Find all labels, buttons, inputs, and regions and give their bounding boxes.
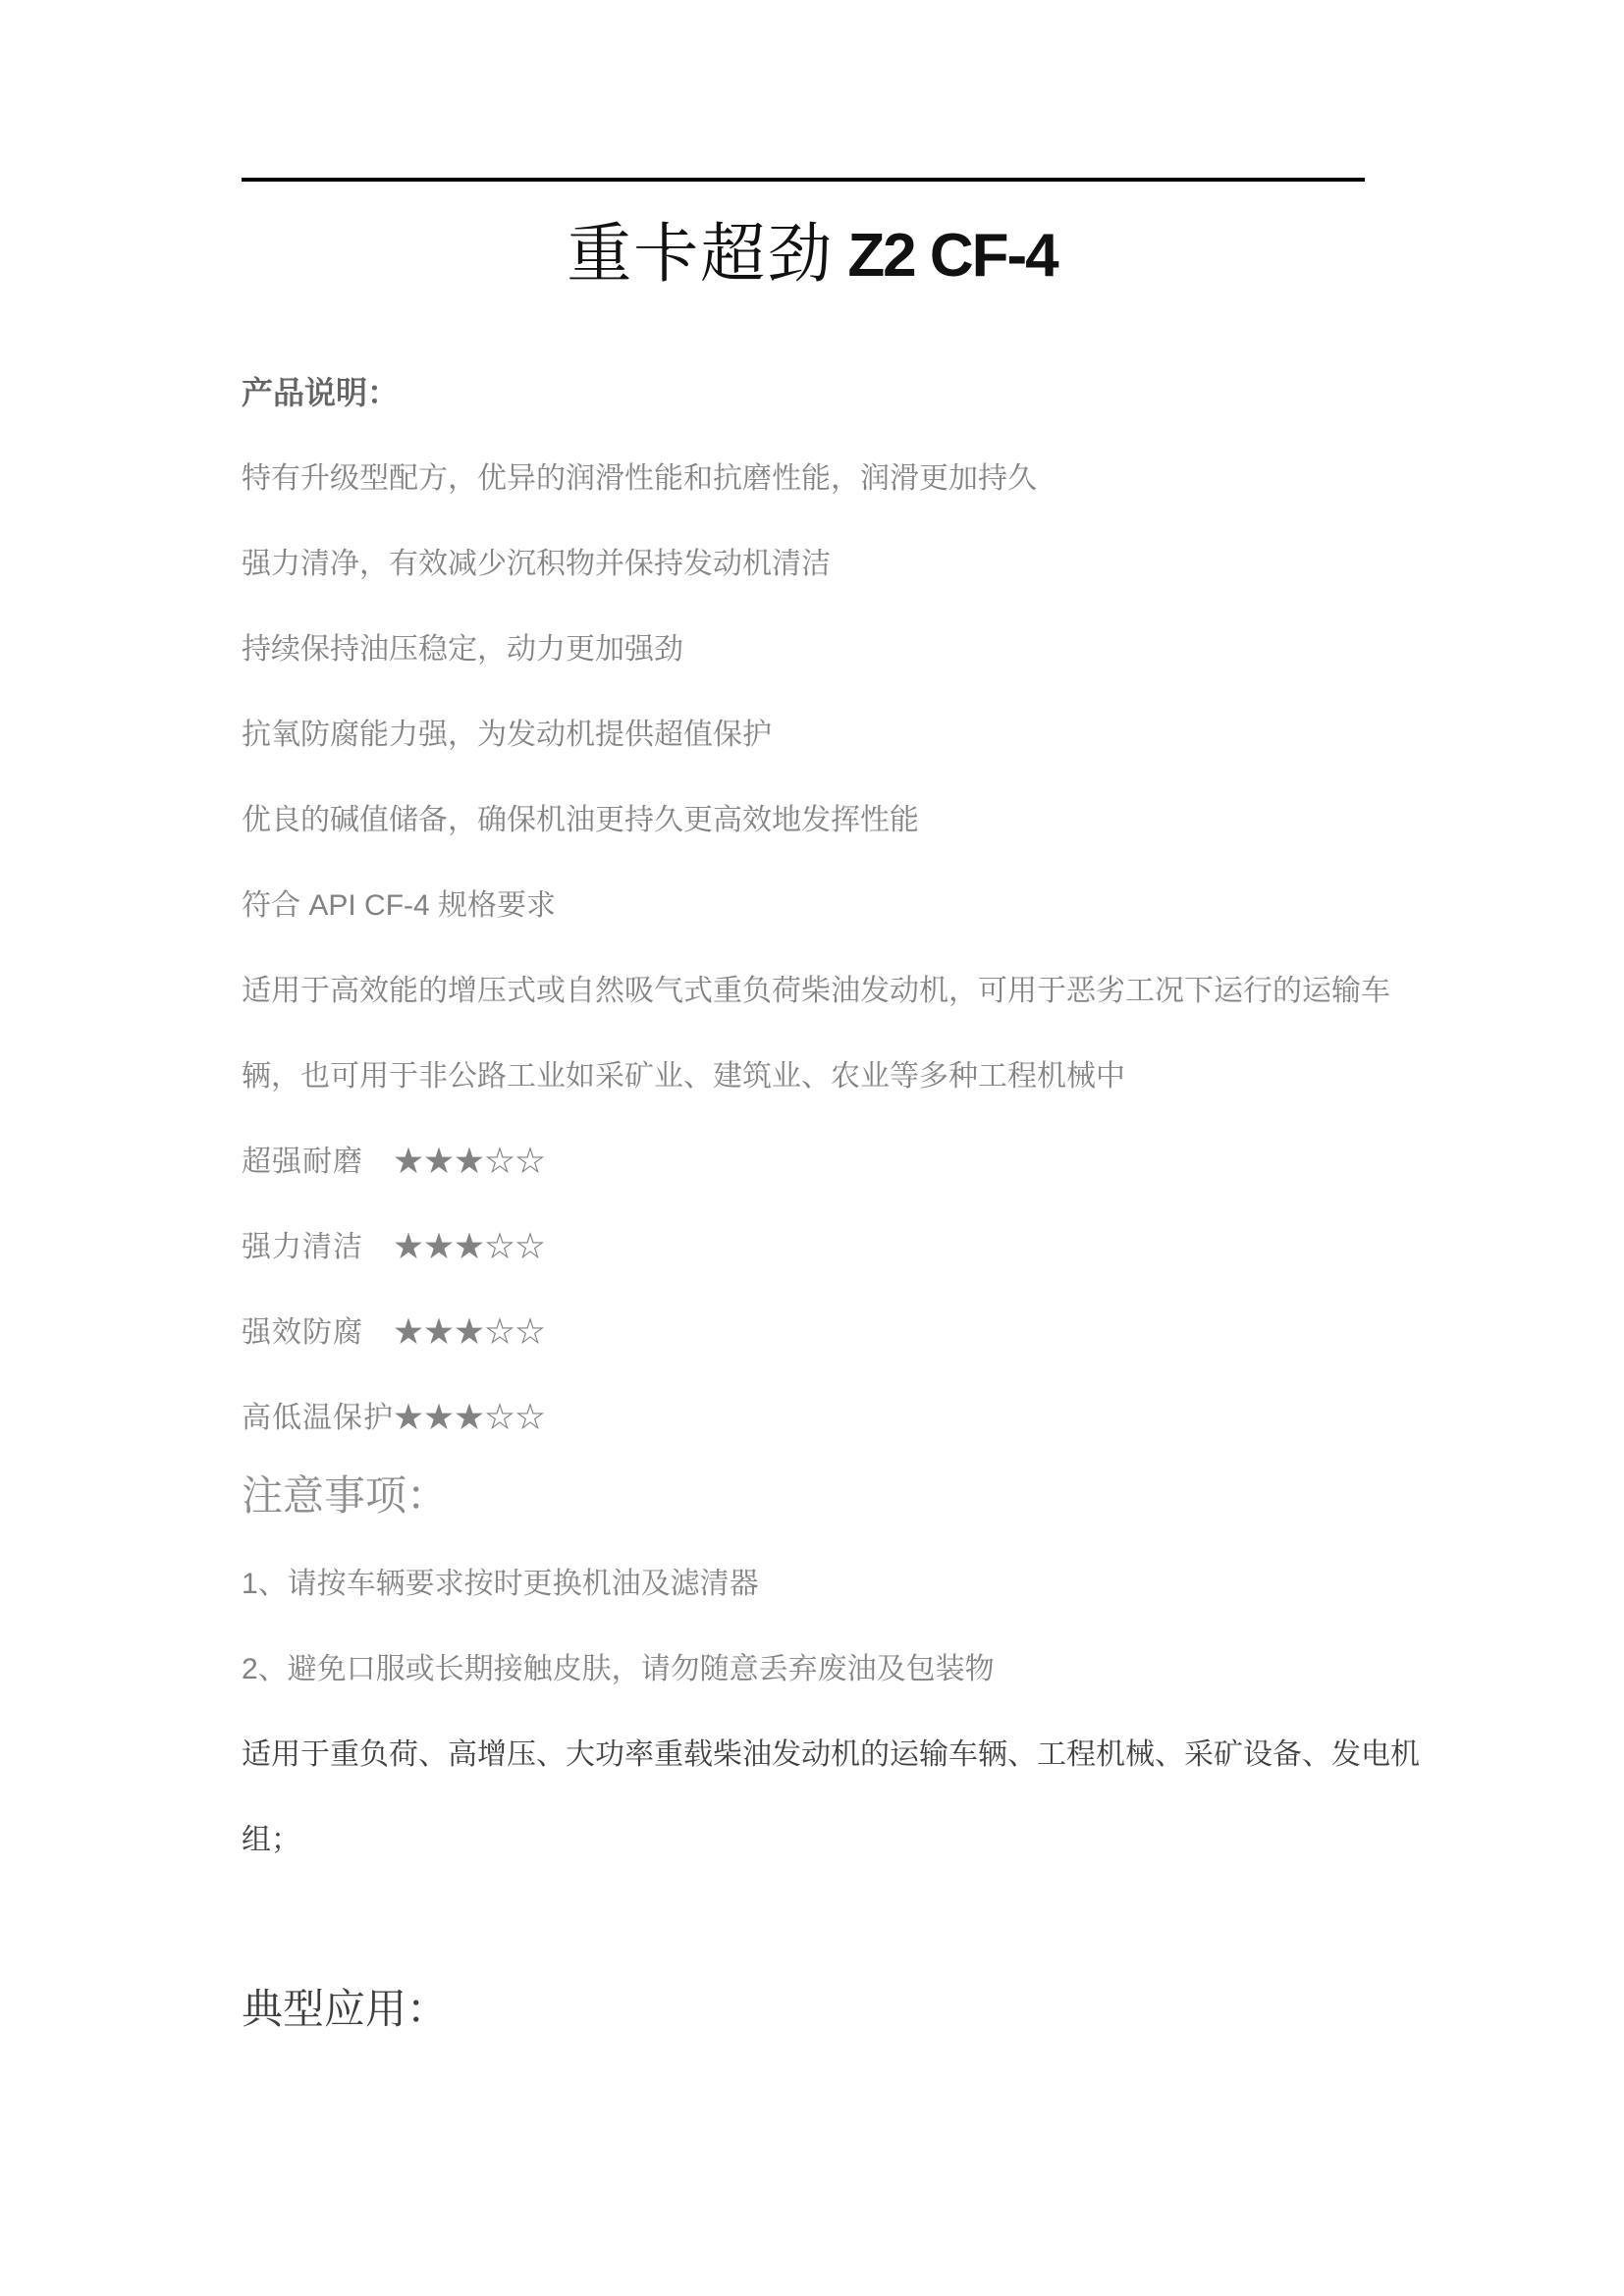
title-model-code: Z2 CF-4	[847, 222, 1056, 290]
rating-line-cleaning-power: 强力清洁 ★★★☆☆	[242, 1231, 546, 1265]
rating-line-temperature-protection: 高低温保护★★★☆☆	[242, 1402, 546, 1436]
description-line: 特有升级型配方，优异的润滑性能和抗磨性能，润滑更加持久	[242, 462, 1037, 497]
typical-applications-heading: 典型应用：	[242, 1986, 448, 2033]
product-description-heading: 产品说明：	[242, 375, 399, 411]
description-line: 辆，也可用于非公路工业如采矿业、建筑业、农业等多种工程机械中	[242, 1060, 1125, 1095]
note-item: 2、避免口服或长期接触皮肤，请勿随意丢弃废油及包装物	[242, 1653, 995, 1687]
description-line: 持续保持油压稳定，动力更加强劲	[242, 633, 683, 667]
title-chinese: 重卡超劲	[567, 219, 834, 291]
document-page: 重卡超劲Z2 CF-4 产品说明： 特有升级型配方，优异的润滑性能和抗磨性能，润…	[0, 0, 1624, 2296]
description-line: 优良的碱值储备，确保机油更持久更高效地发挥性能	[242, 804, 919, 838]
applicability-line: 适用于重负荷、高增压、大功率重载柴油发动机的运输车辆、工程机械、采矿设备、发电机	[242, 1738, 1420, 1773]
rating-line-corrosion-protection: 强效防腐 ★★★☆☆	[242, 1316, 546, 1351]
notes-heading: 注意事项：	[242, 1472, 448, 1520]
page-title: 重卡超劲Z2 CF-4	[0, 220, 1624, 292]
rating-line-wear-resistance: 超强耐磨 ★★★☆☆	[242, 1146, 546, 1180]
header-divider	[242, 178, 1365, 182]
description-line: 抗氧防腐能力强，为发动机提供超值保护	[242, 719, 772, 753]
description-line: 适用于高效能的增压式或自然吸气式重负荷柴油发动机，可用于恶劣工况下运行的运输车	[242, 975, 1390, 1009]
description-line: 符合 API CF-4 规格要求	[242, 889, 556, 924]
applicability-line: 组；	[242, 1824, 300, 1858]
description-line: 强力清净，有效减少沉积物并保持发动机清洁	[242, 548, 831, 582]
note-item: 1、请按车辆要求按时更换机油及滤清器	[242, 1568, 759, 1602]
